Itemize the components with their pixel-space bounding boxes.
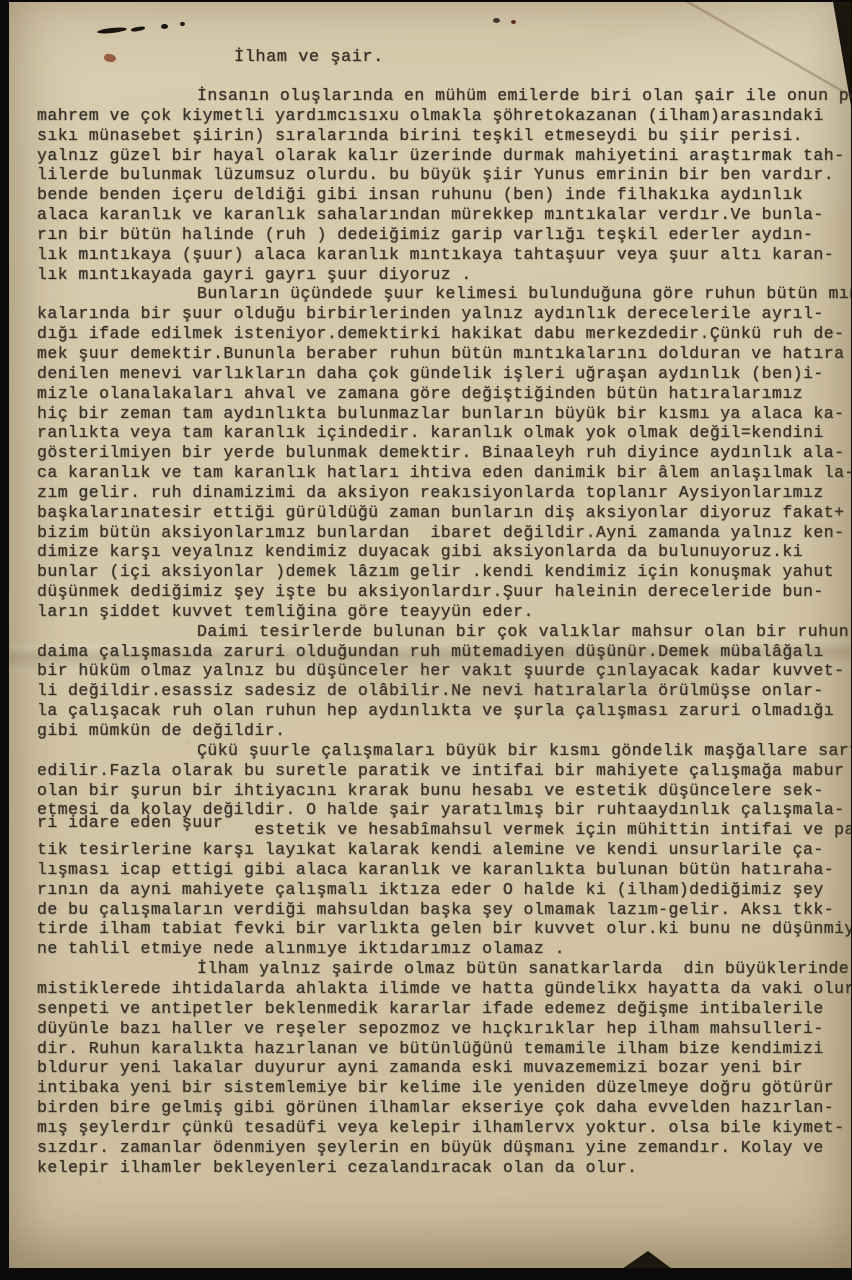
text-line: gibi mümkün de değildir. [37,721,851,741]
text-line: bunlar (içi aksiyonlar )demek lâzım geli… [37,562,851,582]
text-line: gösterilmiyen bir yerde bulunmak demekti… [37,443,851,463]
red-stain [104,53,117,63]
scanned-document-page: { "colors": { "paper": "#d5c8aa", "ink":… [0,0,852,1280]
text-line: daima çalışmasıda zaruri olduğundan ruh … [37,642,851,662]
text-line: la çalışacak ruh olan ruhun hep aydınlık… [37,701,851,721]
text-line: mahrem ve çok kiymetli yardımcısıxu olma… [37,106,851,126]
text-line: mek şuur demektir.Bununla beraber ruhun … [37,344,851,364]
document-title: İlham ve şair. [234,48,384,67]
ink-smudge [493,18,500,23]
text-line: İlham yalnız şairde olmaz bütün sanatkar… [37,959,851,979]
ink-smudge [511,20,516,24]
text-line: ri idare eden şuur estetik ve hesabîmahs… [37,820,851,840]
text-line: zım gelir. ruh dinamizimi da aksiyon rea… [37,483,851,503]
text-line: lık mıntıkaya (şuur) alaca karanlık mınt… [37,245,851,265]
text-line: düyünle bazı haller ve reşeler sepozmoz … [37,1019,851,1039]
text-line: senpeti ve antipetler beklenmedik kararl… [37,999,851,1019]
text-line: lilerde bulunmak lüzumsuz olurdu. bu büy… [37,165,851,185]
text-line: düşünmek dediğimiz şey işte bu aksiyonla… [37,582,851,602]
text-line: birden bire gelmiş gibi görünen ilhamlar… [37,1098,851,1118]
text-line: sızdır. zamanlar ödenmiyen şeylerin en b… [37,1138,851,1158]
ink-smudge [97,26,127,34]
text-line: yalnız güzel bir hayal olarak kalır üzer… [37,146,851,166]
text-line: bldurur yeni lakalar duyurur ayni zamand… [37,1058,851,1078]
text-line: Daimi tesirlerde bulunan bir çok valıkla… [37,622,851,642]
text-line: alaca karanlık ve karanlık sahalarından … [37,205,851,225]
text-line: li değildir.esassiz sadesiz de olâbilir.… [37,681,851,701]
text-line: edilir.Fazla olarak bu suretle paratik v… [37,761,851,781]
text-line: lışması icap ettigi gibi alaca karanlık … [37,860,851,880]
text-line: mistiklerede ihtidalarda ahlakta ilimde … [37,979,851,999]
ink-smudge [161,24,168,29]
bottom-tear [622,1251,672,1268]
text-line: lık mıntıkayada gayri gayrı şuur diyoruz… [37,265,851,285]
text-line: ların şiddet kuvvet temliğina göre teayy… [37,602,851,622]
text-line: dığı ifade edilmek isteniyor.demektirki … [37,324,851,344]
text-line: mış şeylerdır çünkü tesadüfi veya kelepi… [37,1118,851,1138]
text-line: Çükü şuurle çalışmaları büyük bir kısmı … [37,741,851,761]
text-line: intibaka yeni bir sistemlemiye bir kelim… [37,1078,851,1098]
ink-smudge [180,22,185,26]
text-line: tik tesirlerine karşı layıkat kalarak ke… [37,840,851,860]
text-line: başkalarınatesir ettiği gürüldüğü zaman … [37,503,851,523]
text-line: ca karanlık ve tam karanlık hatları ihti… [37,463,851,483]
text-line: hiç bir zeman tam aydınlıkta bulunmazlar… [37,404,851,424]
text-line: dimize karşı veyalnız kendimiz duyacak g… [37,542,851,562]
paper-sheet: İlham ve şair. İnsanın oluşlarında en mü… [9,2,851,1268]
text-line: bir hüküm olmaz yalnız bu düşünceler her… [37,661,851,681]
text-line: tirde ilham tabiat fevki bir varlıkta ge… [37,919,851,939]
text-line: bizim bütün aksiyonlarımız bunlardan iba… [37,523,851,543]
text-line: rın bir bütün halinde (ruh ) dedeiğimiz … [37,225,851,245]
text-line: İnsanın oluşlarında en mühüm emilerde bi… [37,86,851,106]
text-line: mizle olanalakaları ahval ve zamana göre… [37,384,851,404]
text-line: ne tahlil etmiye nede alınmıye iktıdarım… [37,939,851,959]
text-line: kelepir ilhamler bekleyenleri cezalandır… [37,1158,851,1178]
text-line: denilen menevi varlıkların daha çok günd… [37,364,851,384]
text-line: de bu çalışmaların verdiği mahsuldan baş… [37,900,851,920]
document-lines: İnsanın oluşlarında en mühüm emilerde bi… [37,86,851,1177]
text-line: Bunların üçündede şuur kelimesi bulunduğ… [37,284,851,304]
text-line: olan bir şurun bir ihtiyacını krarak bun… [37,781,851,801]
text-line: bende benden içeru deldiği gibi insan ru… [37,185,851,205]
text-line: rının da ayni mahiyete çalışmalı iktıza … [37,880,851,900]
text-line: dir. Ruhun karalıkta hazırlanan ve bütün… [37,1039,851,1059]
text-line: sıkı münasebet şiirin) sıralarında birin… [37,126,851,146]
text-line: ranlıkta veya tam karanlık içindedir. ka… [37,423,851,443]
text-line: kalarında bir şuur olduğu birbirlerinden… [37,304,851,324]
ink-smudge [131,26,145,32]
